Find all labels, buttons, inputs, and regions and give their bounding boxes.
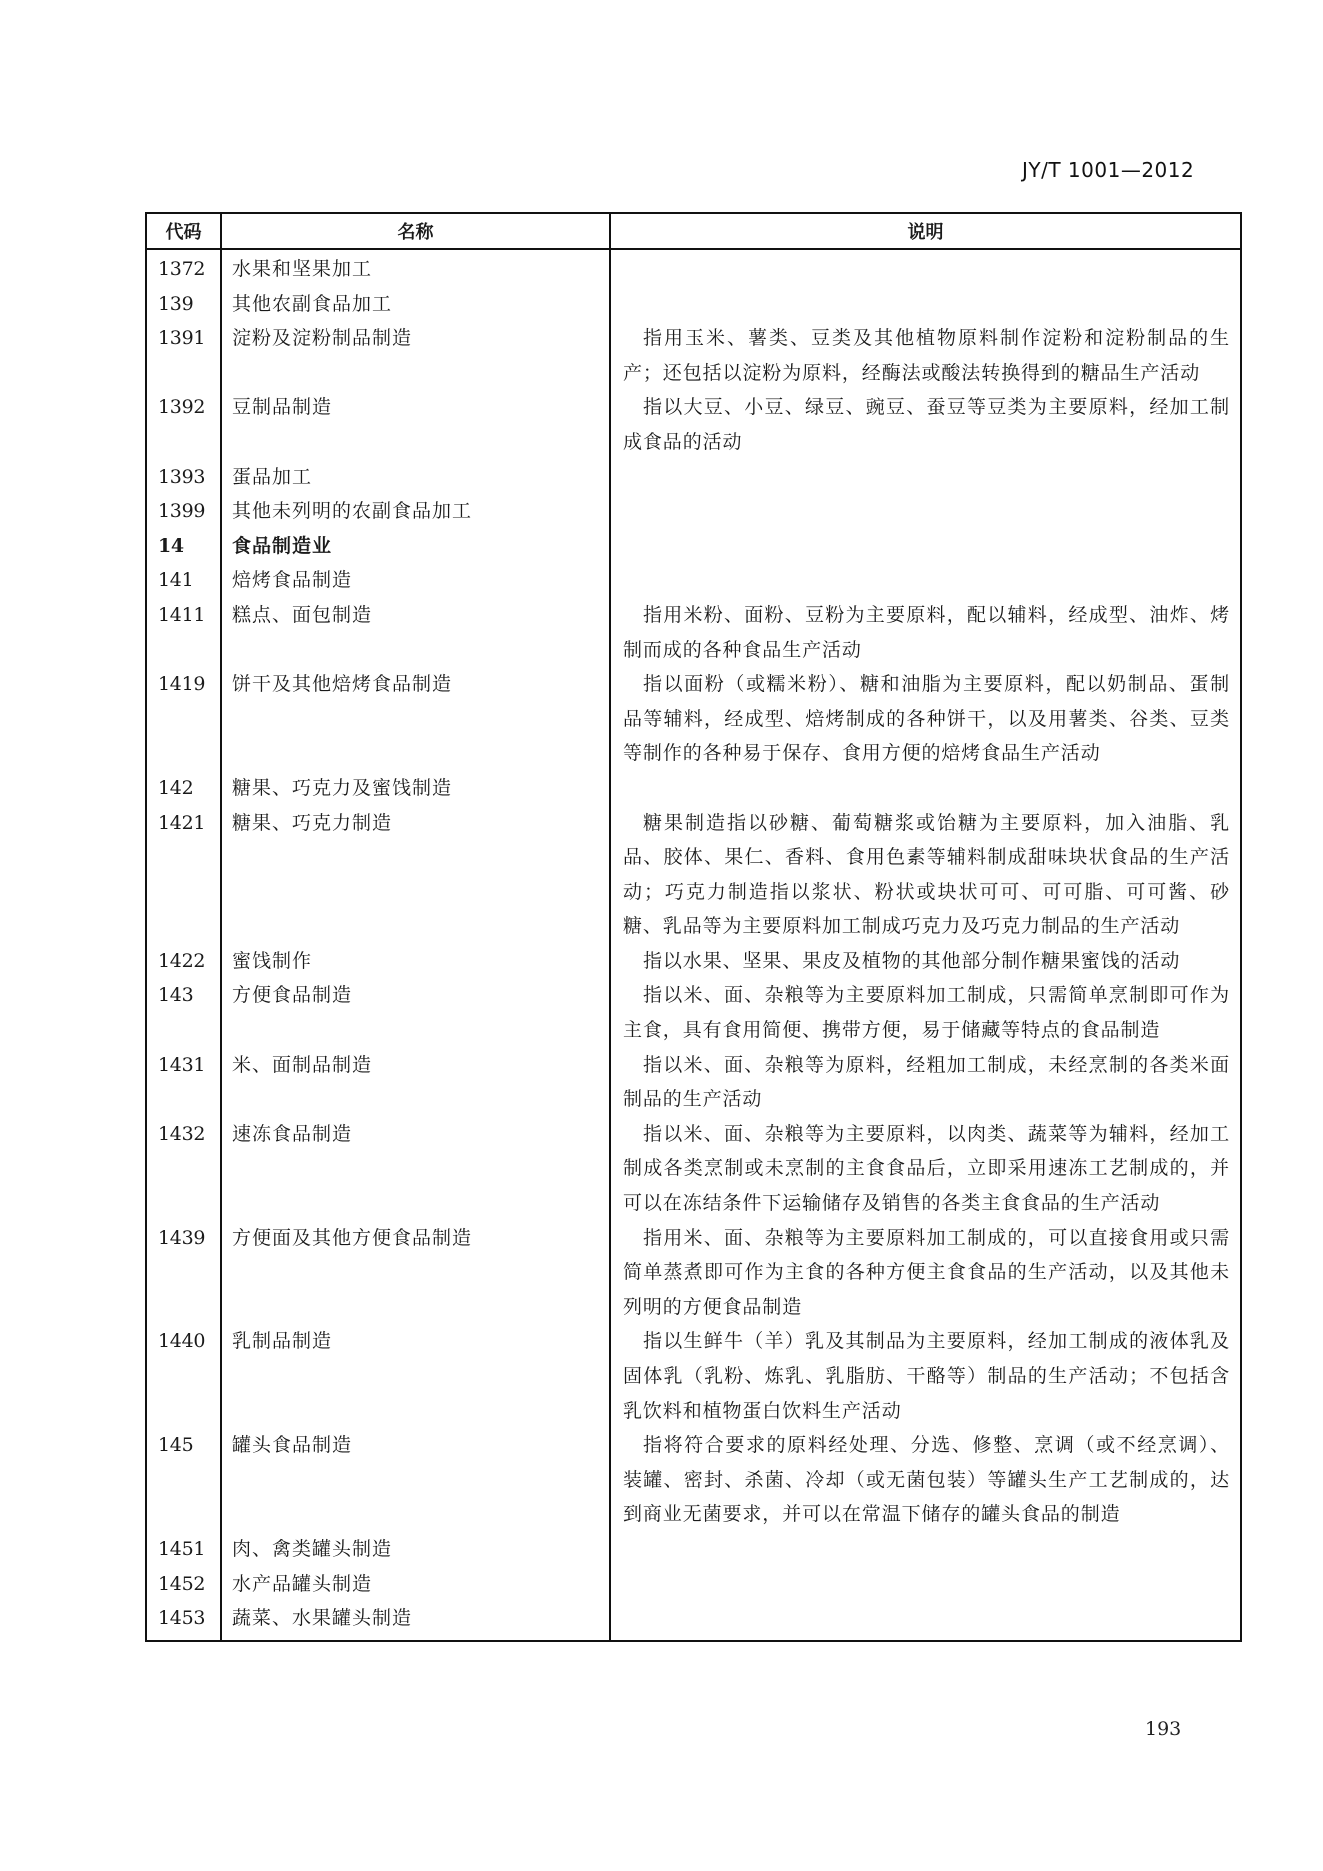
table-header-row: 代码 名称 说明	[146, 213, 1241, 249]
cell-description	[610, 1601, 1241, 1641]
cell-code: 145	[146, 1428, 221, 1532]
cell-name: 豆制品制造	[221, 390, 610, 459]
cell-name: 水产品罐头制造	[221, 1567, 610, 1602]
cell-code: 1372	[146, 249, 221, 287]
cell-name: 糖果、巧克力及蜜饯制造	[221, 771, 610, 806]
industry-classification-table: 代码 名称 说明 1372水果和坚果加工139其他农副食品加工1391淀粉及淀粉…	[145, 212, 1242, 1642]
cell-name: 其他农副食品加工	[221, 287, 610, 322]
table-body: 1372水果和坚果加工139其他农副食品加工1391淀粉及淀粉制品制造指用玉米、…	[146, 249, 1241, 1641]
description-text: 指用米粉、面粉、豆粉为主要原料，配以辅料，经成型、油炸、烤制而成的各种食品生产活…	[623, 598, 1230, 667]
table-row: 1399其他未列明的农副食品加工	[146, 494, 1241, 529]
cell-code: 1451	[146, 1532, 221, 1567]
table-row: 1432速冻食品制造指以米、面、杂粮等为主要原料，以肉类、蔬菜等为辅料，经加工制…	[146, 1117, 1241, 1221]
cell-code: 1392	[146, 390, 221, 459]
cell-code: 141	[146, 563, 221, 598]
cell-code: 139	[146, 287, 221, 322]
cell-code: 1391	[146, 321, 221, 390]
description-text: 指以水果、坚果、果皮及植物的其他部分制作糖果蜜饯的活动	[623, 944, 1230, 979]
cell-description	[610, 771, 1241, 806]
table-row: 143方便食品制造指以米、面、杂粮等为主要原料加工制成，只需简单烹制即可作为主食…	[146, 978, 1241, 1047]
table-row: 1421糖果、巧克力制造糖果制造指以砂糖、葡萄糖浆或饴糖为主要原料，加入油脂、乳…	[146, 806, 1241, 944]
cell-code: 143	[146, 978, 221, 1047]
description-text: 指以米、面、杂粮等为主要原料，以肉类、蔬菜等为辅料，经加工制成各类烹制或未烹制的…	[623, 1117, 1230, 1221]
cell-code: 1411	[146, 598, 221, 667]
cell-description: 指将符合要求的原料经处理、分选、修整、烹调（或不经烹调）、装罐、密封、杀菌、冷却…	[610, 1428, 1241, 1532]
cell-name: 水果和坚果加工	[221, 249, 610, 287]
description-text: 指以大豆、小豆、绿豆、豌豆、蚕豆等豆类为主要原料，经加工制成食品的活动	[623, 390, 1230, 459]
cell-name: 方便食品制造	[221, 978, 610, 1047]
cell-name: 肉、禽类罐头制造	[221, 1532, 610, 1567]
cell-code: 1422	[146, 944, 221, 979]
cell-name: 其他未列明的农副食品加工	[221, 494, 610, 529]
cell-description: 指以米、面、杂粮等为主要原料，以肉类、蔬菜等为辅料，经加工制成各类烹制或未烹制的…	[610, 1117, 1241, 1221]
description-text: 指以面粉（或糯米粉）、糖和油脂为主要原料，配以奶制品、蛋制品等辅料，经成型、焙烤…	[623, 667, 1230, 771]
description-text: 糖果制造指以砂糖、葡萄糖浆或饴糖为主要原料，加入油脂、乳品、胶体、果仁、香料、食…	[623, 806, 1230, 944]
cell-description: 指以生鲜牛（羊）乳及其制品为主要原料，经加工制成的液体乳及固体乳（乳粉、炼乳、乳…	[610, 1324, 1241, 1428]
page-number: 193	[1145, 1718, 1181, 1740]
cell-description	[610, 249, 1241, 287]
description-text: 指以米、面、杂粮等为原料，经粗加工制成，未经烹制的各类米面制品的生产活动	[623, 1048, 1230, 1117]
description-text: 指以米、面、杂粮等为主要原料加工制成，只需简单烹制即可作为主食，具有食用简便、携…	[623, 978, 1230, 1047]
cell-code: 14	[146, 529, 221, 564]
cell-code: 1440	[146, 1324, 221, 1428]
standard-code-header: JY/T 1001—2012	[1022, 158, 1194, 182]
cell-code: 1431	[146, 1048, 221, 1117]
table-row: 1440乳制品制造指以生鲜牛（羊）乳及其制品为主要原料，经加工制成的液体乳及固体…	[146, 1324, 1241, 1428]
cell-code: 1452	[146, 1567, 221, 1602]
cell-code: 1453	[146, 1601, 221, 1641]
description-text: 指将符合要求的原料经处理、分选、修整、烹调（或不经烹调）、装罐、密封、杀菌、冷却…	[623, 1428, 1230, 1532]
cell-description: 指以水果、坚果、果皮及植物的其他部分制作糖果蜜饯的活动	[610, 944, 1241, 979]
cell-description	[610, 460, 1241, 495]
table-row: 141焙烤食品制造	[146, 563, 1241, 598]
column-header-code: 代码	[146, 213, 221, 249]
table-row: 1391淀粉及淀粉制品制造指用玉米、薯类、豆类及其他植物原料制作淀粉和淀粉制品的…	[146, 321, 1241, 390]
table-row: 1452水产品罐头制造	[146, 1567, 1241, 1602]
cell-name: 食品制造业	[221, 529, 610, 564]
cell-code: 1393	[146, 460, 221, 495]
cell-description: 指用米粉、面粉、豆粉为主要原料，配以辅料，经成型、油炸、烤制而成的各种食品生产活…	[610, 598, 1241, 667]
table-row: 1419饼干及其他焙烤食品制造指以面粉（或糯米粉）、糖和油脂为主要原料，配以奶制…	[146, 667, 1241, 771]
cell-name: 速冻食品制造	[221, 1117, 610, 1221]
table-row: 1451肉、禽类罐头制造	[146, 1532, 1241, 1567]
cell-description: 指用玉米、薯类、豆类及其他植物原料制作淀粉和淀粉制品的生产；还包括以淀粉为原料，…	[610, 321, 1241, 390]
table-row: 14食品制造业	[146, 529, 1241, 564]
cell-name: 蜜饯制作	[221, 944, 610, 979]
cell-description: 指以大豆、小豆、绿豆、豌豆、蚕豆等豆类为主要原料，经加工制成食品的活动	[610, 390, 1241, 459]
cell-description: 指以面粉（或糯米粉）、糖和油脂为主要原料，配以奶制品、蛋制品等辅料，经成型、焙烤…	[610, 667, 1241, 771]
cell-code: 1399	[146, 494, 221, 529]
cell-name: 米、面制品制造	[221, 1048, 610, 1117]
table-row: 1392豆制品制造指以大豆、小豆、绿豆、豌豆、蚕豆等豆类为主要原料，经加工制成食…	[146, 390, 1241, 459]
description-text: 指用玉米、薯类、豆类及其他植物原料制作淀粉和淀粉制品的生产；还包括以淀粉为原料，…	[623, 321, 1230, 390]
cell-code: 142	[146, 771, 221, 806]
table-row: 139其他农副食品加工	[146, 287, 1241, 322]
table-row: 1453蔬菜、水果罐头制造	[146, 1601, 1241, 1641]
cell-description: 指以米、面、杂粮等为原料，经粗加工制成，未经烹制的各类米面制品的生产活动	[610, 1048, 1241, 1117]
table-row: 1431米、面制品制造指以米、面、杂粮等为原料，经粗加工制成，未经烹制的各类米面…	[146, 1048, 1241, 1117]
cell-name: 淀粉及淀粉制品制造	[221, 321, 610, 390]
cell-description	[610, 563, 1241, 598]
cell-name: 方便面及其他方便食品制造	[221, 1221, 610, 1325]
cell-name: 糖果、巧克力制造	[221, 806, 610, 944]
cell-code: 1421	[146, 806, 221, 944]
column-header-name: 名称	[221, 213, 610, 249]
cell-description	[610, 287, 1241, 322]
cell-name: 蔬菜、水果罐头制造	[221, 1601, 610, 1641]
cell-description: 指用米、面、杂粮等为主要原料加工制成的，可以直接食用或只需简单蒸煮即可作为主食的…	[610, 1221, 1241, 1325]
cell-name: 焙烤食品制造	[221, 563, 610, 598]
cell-name: 罐头食品制造	[221, 1428, 610, 1532]
cell-description	[610, 529, 1241, 564]
description-text: 指以生鲜牛（羊）乳及其制品为主要原料，经加工制成的液体乳及固体乳（乳粉、炼乳、乳…	[623, 1324, 1230, 1428]
column-header-description: 说明	[610, 213, 1241, 249]
table-row: 1393蛋品加工	[146, 460, 1241, 495]
cell-name: 乳制品制造	[221, 1324, 610, 1428]
cell-description: 糖果制造指以砂糖、葡萄糖浆或饴糖为主要原料，加入油脂、乳品、胶体、果仁、香料、食…	[610, 806, 1241, 944]
table-row: 142糖果、巧克力及蜜饯制造	[146, 771, 1241, 806]
cell-code: 1432	[146, 1117, 221, 1221]
table-row: 1372水果和坚果加工	[146, 249, 1241, 287]
cell-name: 饼干及其他焙烤食品制造	[221, 667, 610, 771]
cell-code: 1419	[146, 667, 221, 771]
cell-description	[610, 494, 1241, 529]
cell-description	[610, 1567, 1241, 1602]
cell-description: 指以米、面、杂粮等为主要原料加工制成，只需简单烹制即可作为主食，具有食用简便、携…	[610, 978, 1241, 1047]
cell-name: 糕点、面包制造	[221, 598, 610, 667]
cell-name: 蛋品加工	[221, 460, 610, 495]
table-row: 1439方便面及其他方便食品制造指用米、面、杂粮等为主要原料加工制成的，可以直接…	[146, 1221, 1241, 1325]
table-row: 1411糕点、面包制造指用米粉、面粉、豆粉为主要原料，配以辅料，经成型、油炸、烤…	[146, 598, 1241, 667]
cell-description	[610, 1532, 1241, 1567]
description-text: 指用米、面、杂粮等为主要原料加工制成的，可以直接食用或只需简单蒸煮即可作为主食的…	[623, 1221, 1230, 1325]
table-row: 145罐头食品制造指将符合要求的原料经处理、分选、修整、烹调（或不经烹调）、装罐…	[146, 1428, 1241, 1532]
cell-code: 1439	[146, 1221, 221, 1325]
table-row: 1422蜜饯制作指以水果、坚果、果皮及植物的其他部分制作糖果蜜饯的活动	[146, 944, 1241, 979]
